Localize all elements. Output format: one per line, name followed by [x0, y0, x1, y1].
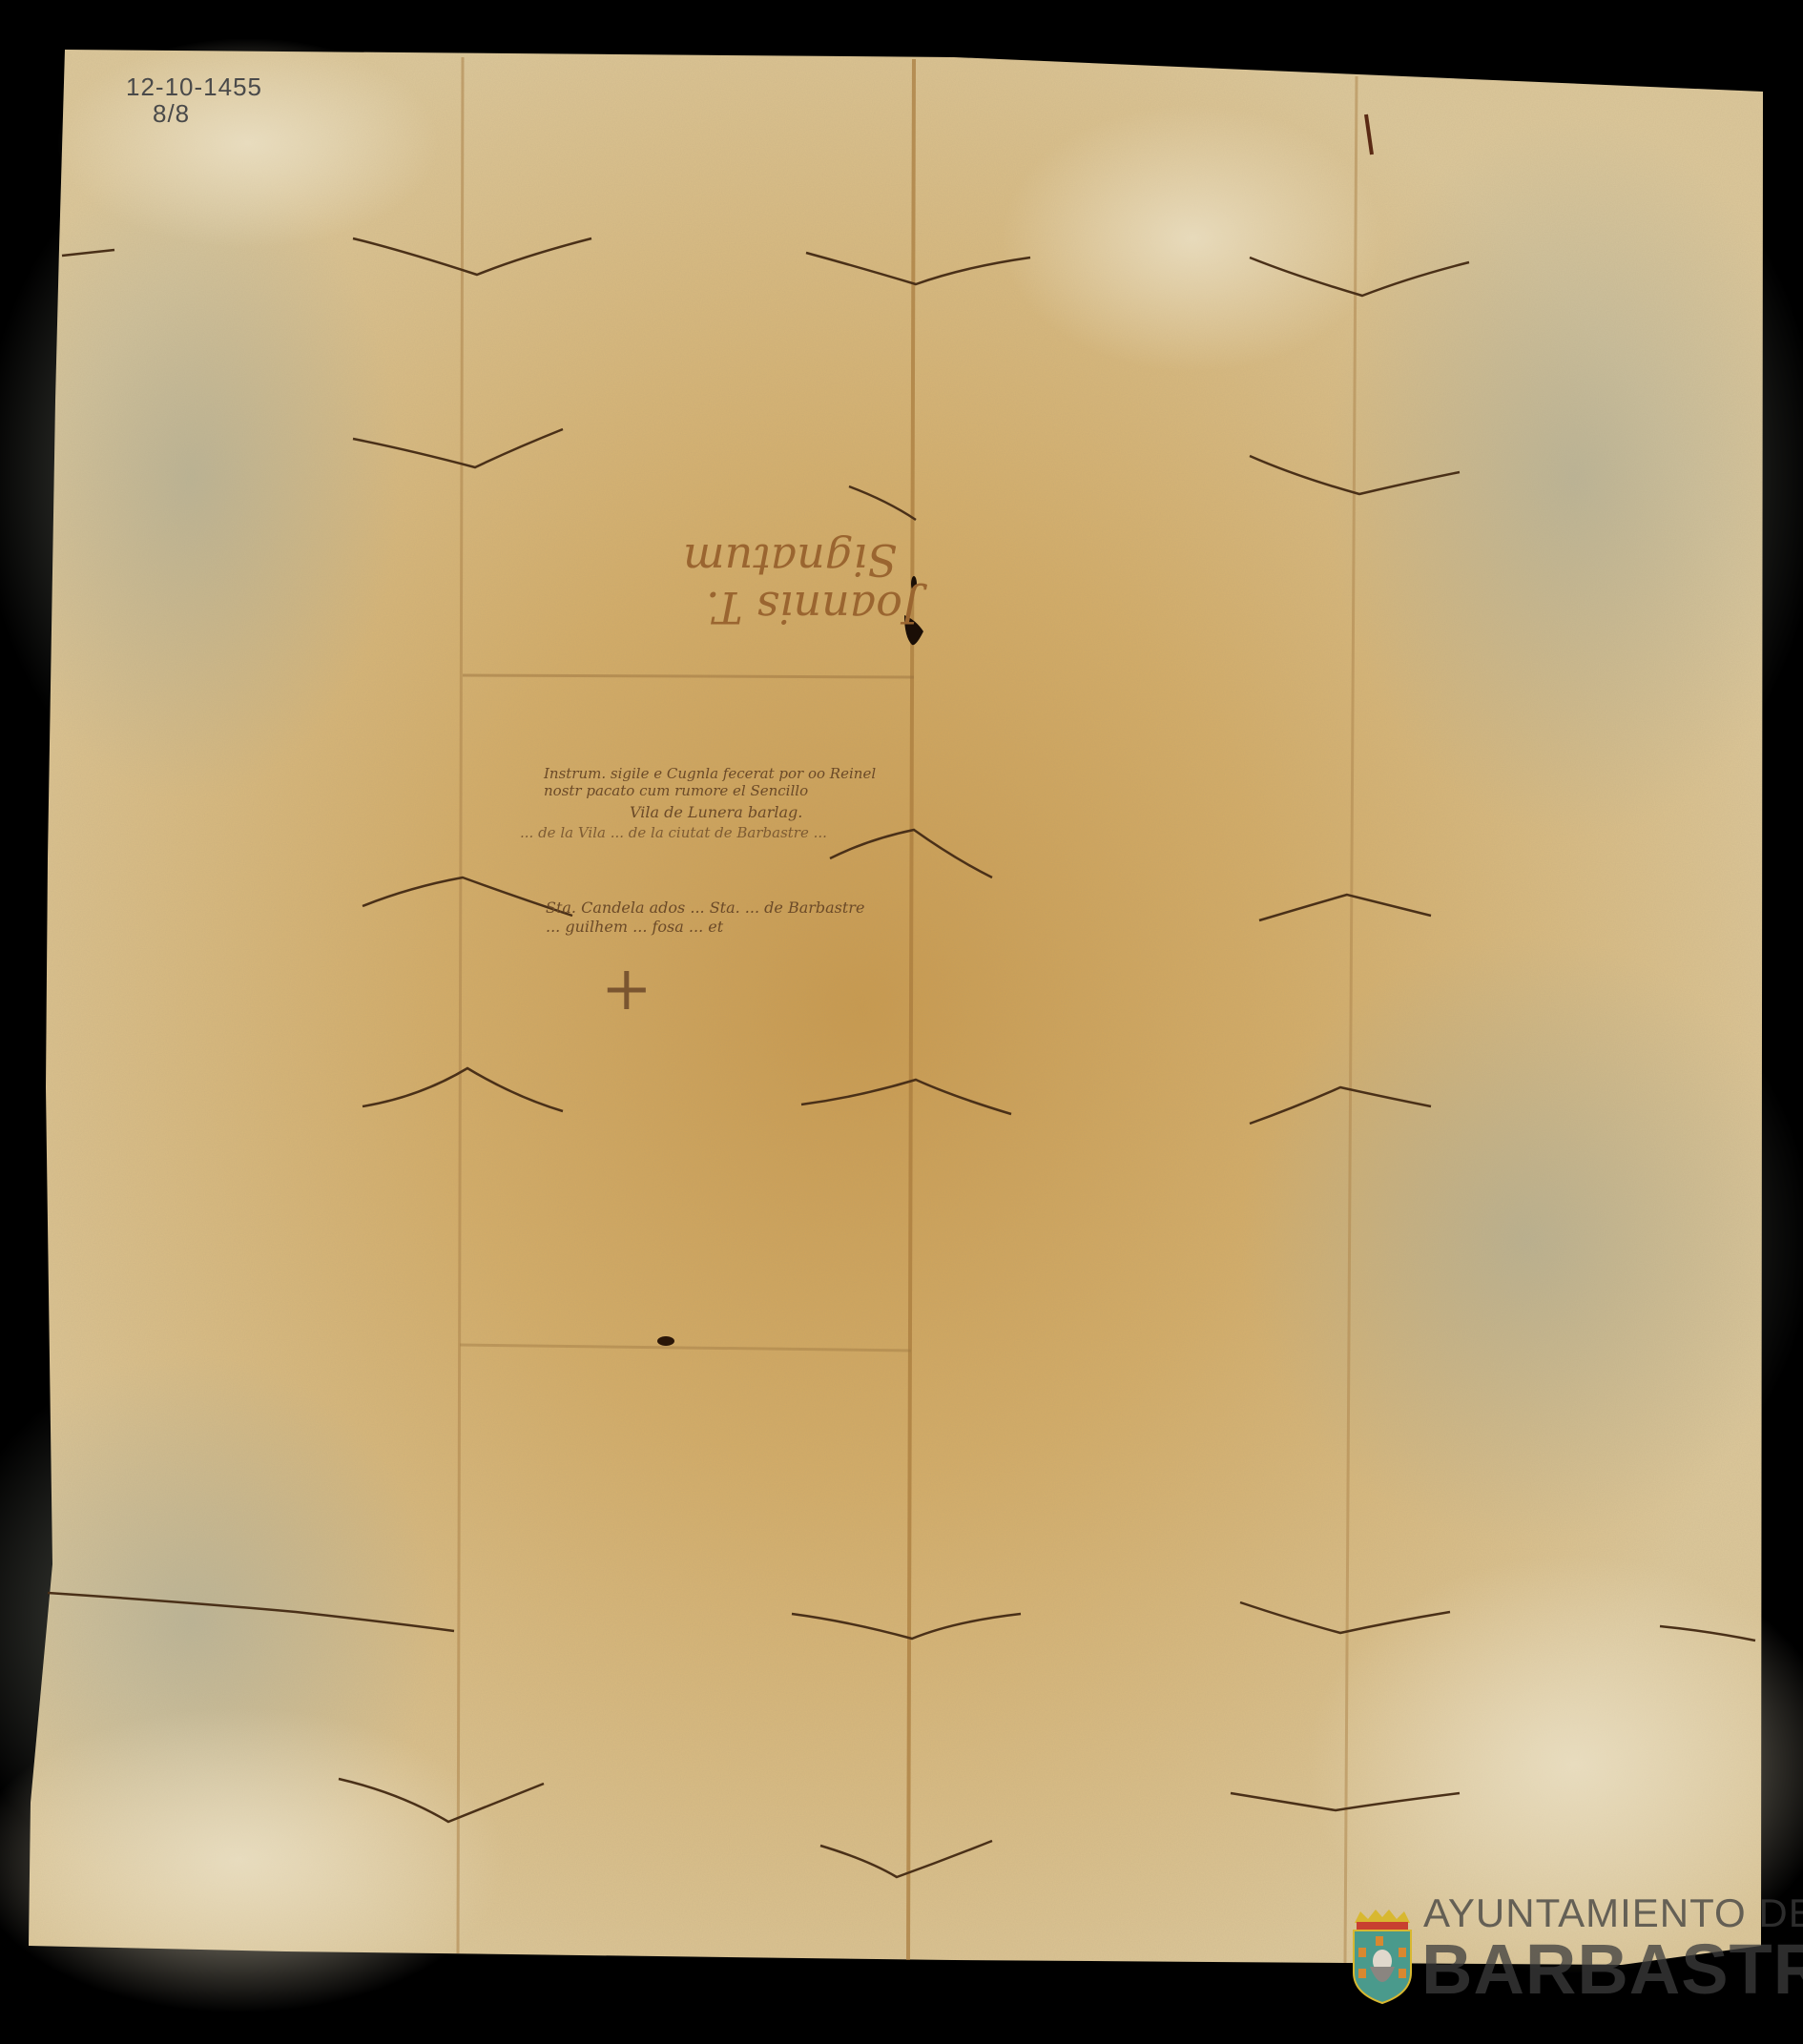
notes-line: ... guilhem ... fosa ... et: [546, 918, 723, 936]
signature-line-1: Signatum: [683, 534, 897, 586]
cross-mark: +: [601, 954, 653, 1024]
ayuntamiento-watermark: AYUNTAMIENTO DE BARBASTRO: [1339, 1890, 1803, 2014]
archive-folio-note: 8/8: [153, 99, 190, 129]
notes-line: Vila de Lunera barlag.: [630, 803, 802, 821]
parchment-photo: [0, 0, 1803, 2044]
notes-line: Instrum. sigile e Cugnla fecerat por oo …: [544, 765, 876, 782]
coat-of-arms-icon: [1349, 1906, 1416, 2006]
notes-line: Sta. Candela ados ... Sta. ... de Barbas…: [546, 898, 864, 917]
notes-line: ... de la Vila ... de la ciutat de Barba…: [520, 824, 827, 841]
notes-line: nostr pacato cum rumore el Sencillo: [544, 782, 808, 799]
watermark-line-2: BARBASTRO: [1421, 1929, 1803, 2010]
signature-line-2: Joannis T.: [706, 582, 920, 633]
archive-date-note: 12-10-1455: [126, 72, 262, 102]
